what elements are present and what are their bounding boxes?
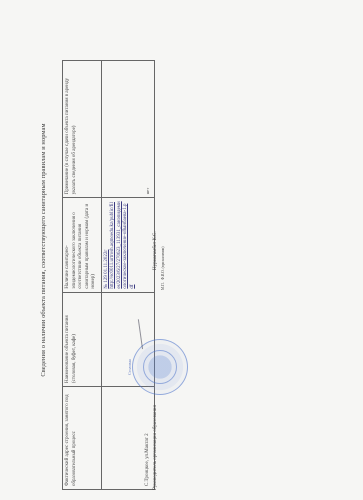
seal-caption: М.П. — [161, 282, 165, 290]
cell-note: нет — [102, 61, 155, 198]
document-title: Сведения о наличии объекта питания, соот… — [40, 40, 47, 460]
signature-block: Руководитель организации образования М.П… — [153, 405, 158, 490]
header-facility: Наименование объекта питания (столовая, … — [63, 292, 102, 386]
cell-conclusion: № 129 01.11.2022г http://sc0011.urtrosh.… — [102, 198, 155, 292]
cell-address: С.Троицкое, ул.Мактат 2 — [102, 387, 155, 490]
stamp-emblem-icon — [143, 350, 177, 384]
fio-caption: Ф.И.О. (при наличии) — [161, 247, 165, 281]
signer-name: Нурмагамбет К.С. — [153, 231, 158, 270]
table-row: С.Троицкое, ул.Мактат 2 № 129 01.11.2022… — [102, 61, 155, 490]
header-note: Примечание (в случае сдачи объекта питан… — [63, 61, 102, 198]
food-facility-table: Фактический адрес строения, занятого под… — [62, 60, 155, 490]
header-conclusion: Наличие санитарно-эпидемиологического за… — [63, 198, 102, 292]
conclusion-link[interactable]: http://sc0011.urtrosh.aqmoedu.kz/public/… — [110, 201, 136, 288]
table-header-row: Фактический адрес строения, занятого под… — [63, 61, 102, 490]
header-address: Фактический адрес строения, занятого под… — [63, 387, 102, 490]
signature-label: Руководитель организации образования — [153, 405, 158, 490]
scanned-document-page: Сведения о наличии объекта питания, соот… — [0, 0, 363, 500]
